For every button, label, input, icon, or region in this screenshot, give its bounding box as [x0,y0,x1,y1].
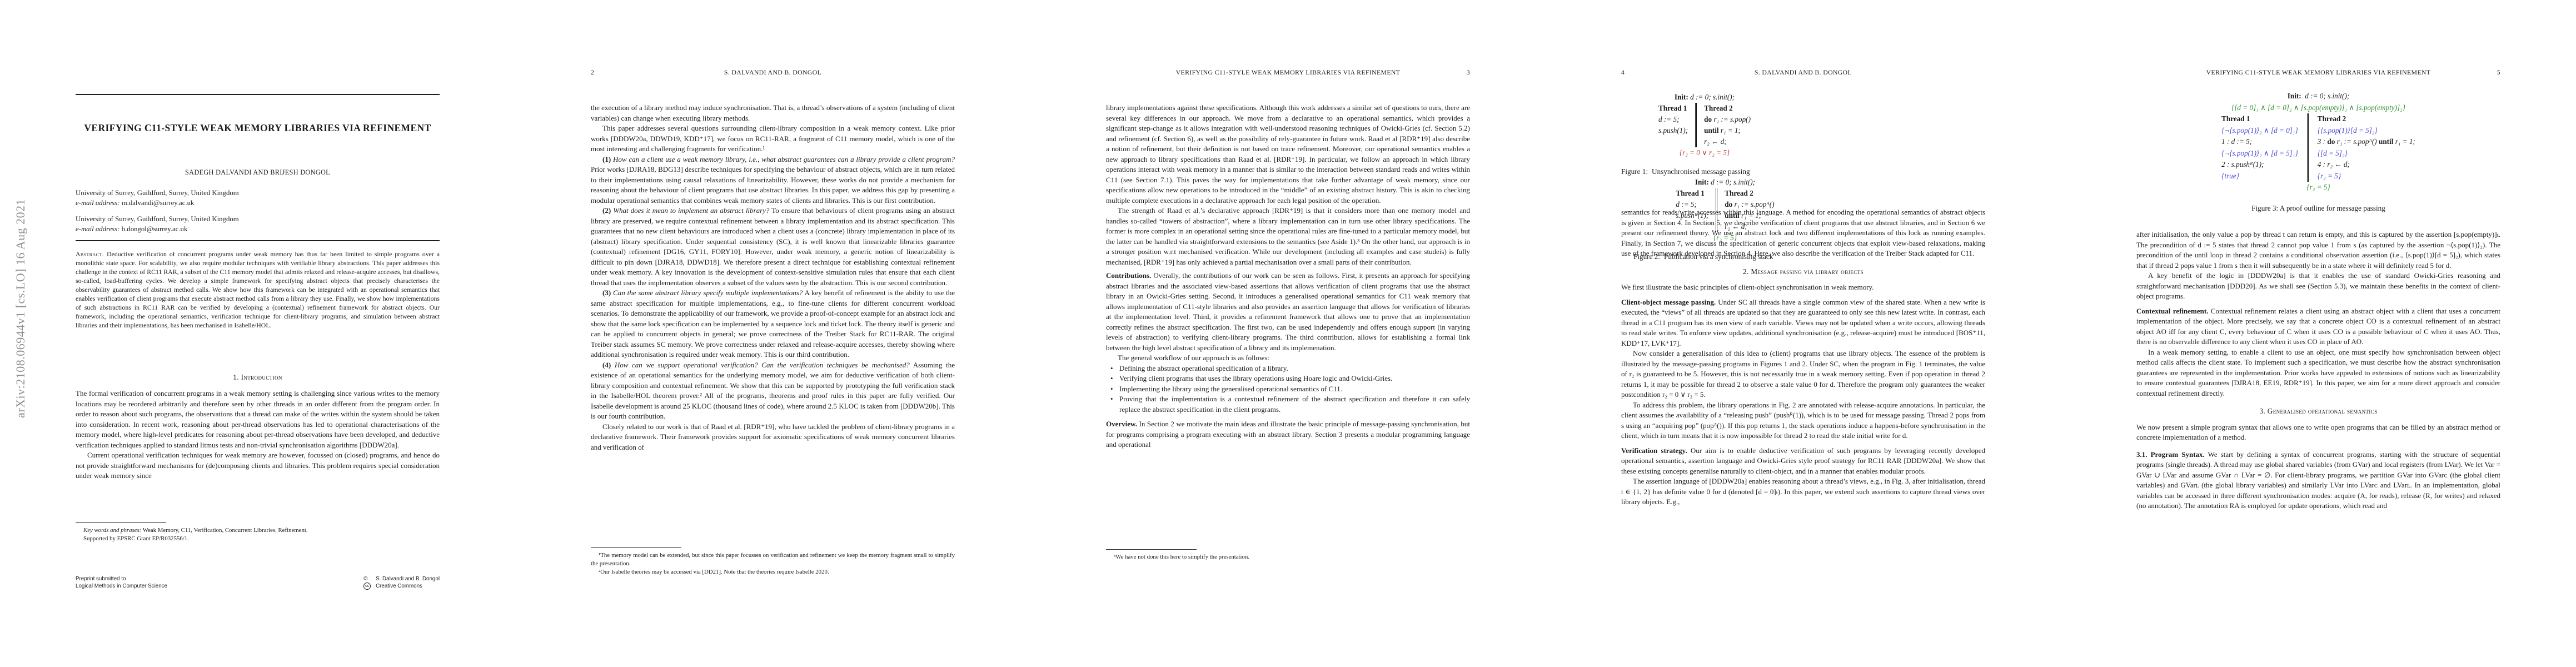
footnotes: ³We have not done this here to simplify … [1106,549,1470,561]
client-object-label: Client-object message passing. [1621,298,1716,306]
thread-2-column: Thread 2 {⟨s.pop(1)⟩[d = 5]₂} 3 : do r₁ … [2307,113,2415,182]
thread-2-column: Thread 2 do r₁ := s.pop() until r₁ = 1; … [1695,103,1751,147]
paragraph: The general workflow of our approach is … [1106,353,1470,364]
assertion: {¬⟨s.pop(1)⟩₂ ∧ [d = 0]₁} [2221,125,2298,137]
code-line: r₁ := s.popᴬ() [2337,137,2377,146]
item-text: Assuming the existence of an operational… [591,361,955,421]
thread-1-header: Thread 1 [1658,103,1688,114]
thread-2-header: Thread 2 [1725,188,1774,199]
contributions-label: Contributions. [1106,271,1151,280]
page-title: VERIFYING C11-STYLE WEAK MEMORY LIBRARIE… [76,121,440,135]
item-question: How can we support operational verificat… [615,361,910,369]
footnote-rule [76,522,166,523]
workflow-list: Defining the abstract operational specif… [1106,364,1470,415]
page-2-body: the execution of a library method may in… [591,103,955,452]
paragraph: Now consider a generalisation of this id… [1621,349,1985,400]
figure-3-caption: Figure 3: A proof outline for message pa… [2136,203,2500,215]
thread-2-header: Thread 2 [2318,113,2415,125]
item-question: Can the same abstract library specify mu… [613,288,803,297]
paragraph: (2) What does it mean to implement an ab… [591,206,955,288]
assertion: {true} [2221,171,2298,182]
paragraph: This paper addresses several questions s… [591,123,955,155]
footer-authors: S. Dalvandi and B. Dongol [376,575,440,583]
running-title: VERIFYING C11-STYLE WEAK MEMORY LIBRARIE… [1106,68,1470,77]
list-item: Verifying client programs that uses the … [1106,374,1470,384]
page-4-body: semantics for reads/write accesses withi… [1621,207,1985,507]
paragraph: The strength of Raad et al.’s declarativ… [1106,206,1470,267]
title-rule-bottom [76,240,440,241]
keyword: do [1704,115,1712,123]
running-header: VERIFYING C11-STYLE WEAK MEMORY LIBRARIE… [1106,68,1470,77]
footnote-rule [591,547,681,548]
code-line: 4 : r₂ ← d; [2318,159,2415,171]
page-number: 3 [1467,68,1470,77]
init-label: Init: [1675,93,1688,101]
footnote-1: ¹The memory model can be extended, but s… [591,551,955,568]
running-header: VERIFYING C11-STYLE WEAK MEMORY LIBRARIE… [2136,68,2500,77]
footer-left-line2: Logical Methods in Computer Science [76,583,167,590]
paragraph: In a weak memory setting, to enable a cl… [2136,347,2500,399]
page-5: VERIFYING C11-STYLE WEAK MEMORY LIBRARIE… [2061,0,2576,667]
thread-1-column: Thread 1 {¬⟨s.pop(1)⟩₂ ∧ [d = 0]₁} 1 : d… [2221,113,2307,182]
item-number: (2) [602,206,611,215]
email-label-2: e-mail address: [76,225,120,233]
list-item: Implementing the library using the gener… [1106,384,1470,395]
figure-1: Init: d := 0; s.init(); Thread 1 d := 5;… [1621,92,1788,177]
caption-label: Figure 1: [1621,167,1648,177]
init-code: d := 0; s.init(); [1690,93,1735,101]
keywords-block: Key words and phrases: Weak Memory, C11,… [76,522,440,543]
item-text: Prior works [DJRA18, BDG13] describe tec… [591,165,955,205]
paragraph: A key benefit of the logic in [DDDW20a] … [2136,271,2500,302]
footer-left-line1: Preprint submitted to [76,575,167,583]
paragraph: semantics for reads/write accesses withi… [1621,207,1985,259]
init-label: Init: [2288,92,2301,100]
paragraph: after initialisation, the only value a p… [2136,230,2500,271]
footer-right: © S. Dalvandi and B. Dongol cc Creative … [363,575,440,590]
thread-1-header: Thread 1 [1676,188,1708,199]
verification-strategy-label: Verification strategy. [1621,446,1687,455]
contextual-refinement-label: Contextual refinement. [2136,307,2208,315]
thread-1-column: Thread 1 d := 5; s.push(1); [1658,103,1695,147]
page-5-body: after initialisation, the only value a p… [2136,230,2500,511]
affiliation-1: University of Surrey, Guildford, Surrey,… [76,188,440,208]
support-note: Supported by EPSRC Grant EP/R032556/1. [76,535,440,543]
section-3-heading: 3. Generalised operational semantics [2136,406,2500,417]
abstract-label: Abstract. [76,250,104,258]
keyword: until [1704,126,1718,135]
paragraph: (4) How can we support operational verif… [591,360,955,422]
affiliation-2-institution: University of Surrey, Guildford, Surrey,… [76,215,440,225]
figure-1-program: Init: d := 0; s.init(); Thread 1 d := 5;… [1621,92,1788,158]
email-value-2: b.dongol@surrey.ac.uk [122,225,188,233]
program-syntax-text: We start by defining a syntax of concurr… [2136,450,2500,510]
email-value-1: m.dalvandi@surrey.ac.uk [122,199,195,207]
paragraph: (3) Can the same abstract library specif… [591,288,955,360]
page-number: 5 [2497,68,2500,77]
arxiv-watermark: arXiv:2108.06944v1 [cs.LO] 16 Aug 2021 [13,142,28,475]
verification-strategy-paragraph: Verification strategy. Our aim is to ena… [1621,446,1985,477]
section-2-heading: 2. Message passing via library objects [1621,267,1985,277]
paper-scan: { "arxiv_watermark": "arXiv:2108.06944v1… [0,0,2576,667]
program-syntax-paragraph: 3.1. Program Syntax. We start by definin… [2136,450,2500,511]
assertion: {¬⟨s.pop(1)⟩₂ ∧ [d = 5]₁} [2221,148,2298,160]
title-rule-top [76,94,440,95]
code-line: r₁ := s.pop() [1713,115,1751,123]
running-header: 4 S. DALVANDI AND B. DONGOL [1621,68,1985,77]
footnote-3: ³We have not done this here to simplify … [1106,553,1470,561]
page-4: 4 S. DALVANDI AND B. DONGOL Init: d := 0… [1546,0,2061,667]
list-item: Defining the abstract operational specif… [1106,364,1470,374]
section-1-heading: 1. Introduction [76,373,440,382]
thread-1-header: Thread 1 [2221,113,2298,125]
contextual-refinement-paragraph: Contextual refinement. Contextual refine… [2136,306,2500,347]
affiliation-1-institution: University of Surrey, Guildford, Surrey,… [76,188,440,198]
caption-label: Figure 3: [2251,204,2278,212]
page-number: 4 [1621,68,1625,77]
introduction-body: The formal verification of concurrent pr… [76,389,440,481]
assertion: {⟨s.pop(1)⟩[d = 5]₂} [2318,125,2415,137]
contributions-text: Overally, the contributions of our work … [1106,271,1470,352]
code-line: 3 : [2318,137,2325,146]
footer-left: Preprint submitted to Logical Methods in… [76,575,167,590]
init-code: d := 0; s.init(); [1711,178,1755,186]
overview-paragraph: Overview. In Section 2 we motivate the m… [1106,419,1470,450]
paragraph: We first illustrate the basic principles… [1621,282,1985,293]
paragraph: To address this problem, the library ope… [1621,400,1985,441]
caption-text: A proof outline for message passing [2280,204,2385,212]
abstract: Abstract. Deductive verification of conc… [76,250,440,330]
code-line: r₁ = 1; [2395,137,2415,146]
footnotes: ¹The memory model can be extended, but s… [591,547,955,576]
page-3-body: library implementations against these sp… [1106,103,1470,450]
final-assertion: {r₂ = 5} [2136,182,2500,193]
footer-cc-text: Creative Commons [376,583,440,590]
abstract-text: Deductive verification of concurrent pro… [76,250,440,329]
paragraph: The assertion language of [DDDW20a] enab… [1621,476,1985,507]
init-label: Init: [1695,178,1709,186]
thread-2-header: Thread 2 [1704,103,1751,114]
page-1: arXiv:2108.06944v1 [cs.LO] 16 Aug 2021 V… [0,0,515,667]
keywords-text: Weak Memory, C11, Verification, Concurre… [143,527,308,534]
page-number: 2 [591,68,594,77]
paragraph: Current operational verification techniq… [76,450,440,481]
client-object-paragraph: Client-object message passing. Under SC … [1621,297,1985,349]
item-number: (4) [602,361,611,369]
item-number: (1) [602,155,611,163]
paragraph: the execution of a library method may in… [591,103,955,123]
initial-assertion: {[d = 0]₁ ∧ [d = 0]₂ ∧ [s.pop(empty)]₁ ∧… [2136,102,2500,114]
page-3: VERIFYING C11-STYLE WEAK MEMORY LIBRARIE… [1030,0,1546,667]
paragraph: Closely related to our work is that of R… [591,422,955,453]
running-header: 2 S. DALVANDI AND B. DONGOL [591,68,955,77]
running-title: S. DALVANDI AND B. DONGOL [591,68,955,77]
assertion: {r₂ = 5} [2318,171,2415,182]
affiliation-2: University of Surrey, Guildford, Surrey,… [76,215,440,234]
email-label-1: e-mail address: [76,199,120,207]
running-title: VERIFYING C11-STYLE WEAK MEMORY LIBRARIE… [2136,68,2500,77]
item-text: A key benefit of refinement is the abili… [591,288,955,359]
list-item: Proving that the implementation is a con… [1106,394,1470,415]
code-line: r₂ ← d; [1704,136,1751,147]
figure-3: Init: d := 0; s.init(); {[d = 0]₁ ∧ [d =… [2136,91,2500,214]
keyword: until [2379,137,2393,146]
figure-1-caption: Figure 1: Unsynchronised message passing [1621,167,1788,177]
item-text: To ensure that behaviours of client prog… [591,206,955,287]
keyword: do [2327,137,2335,146]
code-line: r₁ = 1; [1721,126,1741,135]
paragraph: We now present a simple program syntax t… [2136,422,2500,443]
running-title: S. DALVANDI AND B. DONGOL [1621,68,1985,77]
code-line: 1 : d := 5; [2221,136,2298,148]
program-syntax-label: 3.1. Program Syntax. [2136,450,2205,459]
paragraph: The formal verification of concurrent pr… [76,389,440,450]
overview-text: In Section 2 we motivate the main ideas … [1106,420,1470,449]
paragraph: (1) How can a client use a weak memory l… [591,155,955,206]
paragraph: library implementations against these sp… [1106,103,1470,206]
item-number: (3) [602,288,611,297]
overview-label: Overview. [1106,420,1137,428]
caption-text: Unsynchronised message passing [1652,167,1750,177]
postcondition-assertion: {r₂ = 0 ∨ r₂ = 5} [1621,147,1788,158]
contributions-paragraph: Contributions. Overally, the contributio… [1106,271,1470,353]
footnote-2: ²Our Isabelle theories may be accessed v… [591,568,955,576]
init-code: d := 0; s.init(); [2305,92,2349,100]
assertion: {[d = 5]₂} [2318,148,2415,160]
code-line: d := 5; [1658,114,1688,125]
copyright-icon: © [363,575,373,583]
code-line: s.push(1); [1658,125,1688,136]
keywords-label: Key words and phrases: [83,527,141,534]
page-2: 2 S. DALVANDI AND B. DONGOL the executio… [515,0,1030,667]
authors: SADEGH DALVANDI AND BRIJESH DONGOL [76,168,440,177]
code-line: 2 : s.pushᴿ(1); [2221,159,2298,171]
footnote-rule [1106,549,1197,550]
creative-commons-icon: cc [363,583,371,590]
item-question: What does it mean to implement an abstra… [613,206,769,215]
item-question: How can a client use a weak memory libra… [613,155,955,163]
